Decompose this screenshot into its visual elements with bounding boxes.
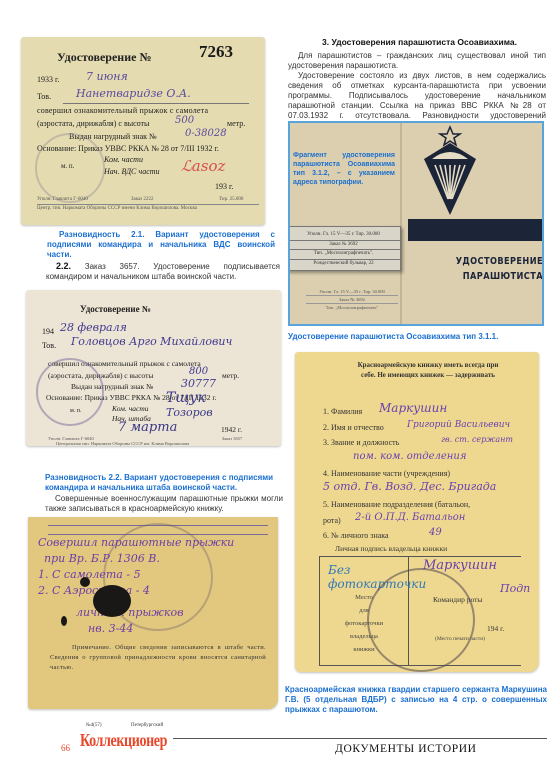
osoaviakhim-certificate-image: Фрагмент удостоверения парашютиста Осоав…: [288, 121, 544, 326]
doc5-field-position: пом. ком. отделения: [323, 451, 533, 467]
cover-dark-band: [408, 219, 542, 241]
doc3-hand-line: 1. С самолета - 5: [38, 567, 234, 583]
doc5-commander-signature: Подп: [500, 582, 530, 595]
doc2-date2-hand: 7 марта: [118, 420, 177, 435]
field-label: 6. № личного знака: [323, 531, 389, 540]
doc2-seal: [36, 358, 104, 426]
doc3-hand-line: Совершил парашютные прыжки: [38, 535, 234, 551]
doc3-hand-line: при Вр. Б.Р. 1306 В.: [38, 551, 234, 567]
doc1-mp: м. п.: [61, 162, 74, 170]
doc3-note: Примечание. Общие сведения записываются …: [50, 643, 266, 673]
magazine-city: Петербургский: [131, 723, 163, 728]
inset-line: Рождественский бульвар, 22: [288, 260, 400, 269]
doc2-name-hand: Головцов Арго Михайлович: [71, 335, 232, 348]
caption-type-3-1-1: Удостоверение парашютиста Осоавиахима ти…: [288, 332, 498, 342]
doc1-footer4: Центр. тип. Наркомата Обороны СССР имени…: [37, 206, 197, 211]
certificate-7263-image: Удостоверение № 7263 1933 г. 7 июня Тов.…: [21, 37, 265, 225]
doc5-year: 194 г.: [487, 624, 504, 633]
doc5-seal-label: (Место печати части): [430, 636, 490, 642]
doc1-year: 193 г.: [215, 182, 233, 191]
paragraph-2-2-text: Заказ 3657. Удостоверение подписывается …: [46, 262, 280, 281]
field-label: 2. Имя и отчество: [323, 423, 384, 432]
field-label: рота): [323, 516, 341, 525]
doc5-fields: 1. ФамилияМаркушин 2. Имя и отчествоГриг…: [323, 404, 533, 544]
field-hand-value: 5 отд. Гв. Возд. Дес. Бригада: [323, 479, 496, 495]
field-hand-value: гв. ст. сержант: [441, 432, 513, 448]
doc1-line1: совершил ознакомительный прыжок с самоле…: [37, 106, 208, 115]
field-hand-value: Григорий Васильевич: [407, 418, 510, 434]
certificate-variant-2-2-image: Удостоверение № 194 28 февраля Тов. Голо…: [26, 290, 281, 446]
section-3-heading: 3. Удостоверения парашютиста Осоавиахима…: [322, 37, 517, 47]
doc2-title: Удостоверение №: [80, 304, 151, 314]
field-label: 3. Звание и должность: [323, 438, 399, 447]
doc2-badge-hand: 30777: [181, 377, 216, 390]
doc1-commander: Ком. части: [104, 155, 143, 164]
print-line: Тип. „Мосполиграфпечать": [306, 304, 398, 311]
section-3-paragraph-1: Для парашютистов – гражданских лиц сущес…: [288, 51, 546, 71]
doc3-hand-line: лично ... прыжков: [38, 605, 234, 621]
fragment-caption: Фрагмент удостоверения парашютиста Осоав…: [293, 151, 395, 187]
cover-title-line-2: ПАРАШЮТИСТА: [453, 269, 543, 284]
ink-blot: [80, 577, 90, 587]
field-label: 1. Фамилия: [323, 407, 362, 416]
doc5-signature-label: Личная подпись владельца книжки: [335, 544, 447, 553]
caption-markushin: Красноармейская книжка гвардии старшего …: [285, 685, 547, 715]
field-label: 5. Наименование подразделения (батальон,: [323, 500, 470, 509]
section-title: ДОКУМЕНТЫ ИСТОРИИ: [335, 743, 477, 755]
doc1-footer1: Уполн. Главлита Г-6040: [37, 197, 88, 202]
ink-blot: [93, 585, 131, 617]
cover-title-line-1: УДОСТОВЕРЕНИЕ: [453, 254, 543, 269]
doc2-footer2: Заказ 3657: [222, 436, 242, 441]
doc5-seal: [367, 568, 475, 672]
doc3-hand-line: нв. 3-44: [38, 621, 234, 637]
doc1-date-hand: 7 июня: [86, 70, 128, 83]
inset-lines: Уполн. Гл. 15 V—35 г. Тир. 30.000 Заказ …: [288, 227, 400, 268]
doc2-footer3: Центральная тип. Наркомата Обороны СССР …: [56, 441, 189, 446]
inset-line: Заказ № 3692: [288, 241, 400, 251]
caption-variant-2-2: Разновидность 2.2. Вариант удостоверения…: [45, 473, 282, 493]
paragraph-serviceman: Совершенные военнослужащим парашютные пр…: [45, 494, 283, 514]
doc1-tov: Тов.: [37, 92, 51, 101]
doc2-date-hand: 28 февраля: [60, 321, 127, 334]
doc2-meters: метр.: [222, 371, 239, 380]
field-hand-value: 2-й О.П.Д. Батальон: [355, 510, 465, 526]
doc5-owner-signature: Маркушин: [423, 558, 497, 573]
doc2-date-prefix: 194: [42, 327, 54, 336]
paragraph-2-2-number: 2.2.: [56, 261, 71, 271]
doc1-meters: метр.: [227, 119, 245, 128]
doc1-footer3: Тир. 25.000: [219, 197, 243, 202]
fold-line: [400, 123, 402, 326]
doc2-signature-chief: Тозоров: [166, 406, 213, 419]
doc1-badge-hand: 0-38028: [185, 128, 227, 139]
doc2-commander: Ком. части: [112, 404, 149, 413]
cover-title: УДОСТОВЕРЕНИЕ ПАРАШЮТИСТА: [453, 254, 543, 284]
doc2-mp: м. п.: [70, 408, 82, 414]
doc2-tov: Тов.: [42, 341, 56, 350]
inset-line: Уполн. Гл. 15 V—35 г. Тир. 30.000: [288, 231, 400, 241]
inset-line: Тип. „Мосполиграфпечать".: [288, 250, 400, 260]
doc5-field-unit-value: 5 отд. Гв. Возд. Дес. Бригада: [323, 482, 533, 498]
ink-blot: [61, 616, 67, 626]
print-info-original: Уполн. Гл. 15 V—35 г. Тир. 30.000 Заказ …: [306, 288, 398, 311]
doc5-commander-label: Командир роты: [433, 595, 482, 604]
doc1-title: Удостоверение №: [57, 50, 152, 65]
red-army-book-page-4-image: Совершил парашютные прыжки при Вр. Б.Р. …: [28, 517, 278, 709]
doc1-height-hand: 500: [175, 115, 194, 126]
print-line: Заказ № 3692: [306, 296, 398, 304]
caption-variant-2-1: Разновидность 2.1. Вариант удостоверения…: [47, 230, 275, 260]
field-hand-value: Маркушин: [379, 401, 447, 417]
doc3-hand-entries: Совершил парашютные прыжки при Вр. Б.Р. …: [38, 535, 234, 637]
doc1-signature: ℒasoz: [181, 157, 225, 175]
paragraph-2-2: 2.2. Заказ 3657. Удостоверение подписыва…: [46, 261, 280, 282]
print-info-inset: Уполн. Гл. 15 V—35 г. Тир. 30.000 Заказ …: [288, 226, 401, 271]
doc1-line2: (аэростата, дирижабля) с высоты: [37, 119, 149, 128]
footer-rule: [173, 738, 547, 739]
doc1-chief: Нач. ВДС части: [104, 167, 160, 176]
doc1-date-prefix: 1933 г.: [37, 75, 59, 84]
issue-number: №4(57): [86, 723, 102, 728]
print-line: Уполн. Гл. 15 V—35 г. Тир. 30.000: [306, 288, 398, 296]
doc3-hand-line: 2. С Аэростата - 4: [38, 583, 234, 599]
doc2-height-hand: 800: [189, 366, 208, 377]
parachute-badge-icon: [420, 125, 480, 217]
field-label: 4. Наименование части (учреждения): [323, 469, 450, 478]
doc5-field-tag: 6. № личного знака49: [323, 528, 533, 544]
magazine-logo: Коллекционер: [80, 730, 167, 751]
doc2-year: 1942 г.: [221, 425, 242, 434]
doc2-signature-commander: Тщук: [166, 390, 206, 406]
doc5-field-company: рота)2-й О.П.Д. Батальон: [323, 513, 533, 529]
doc1-name-hand: Нанетваридзе О.А.: [76, 87, 191, 100]
red-army-book-markushin-image: Красноармейскую книжку иметь всегда при …: [295, 352, 539, 672]
doc5-header: Красноармейскую книжку иметь всегда при …: [353, 360, 503, 380]
field-hand-value: 49: [429, 525, 442, 541]
field-hand-value: пом. ком. отделения: [353, 449, 466, 465]
page-number: 66: [61, 743, 70, 753]
doc1-footer2: Заказ 2222: [131, 197, 154, 202]
doc1-number: 7263: [199, 42, 233, 62]
